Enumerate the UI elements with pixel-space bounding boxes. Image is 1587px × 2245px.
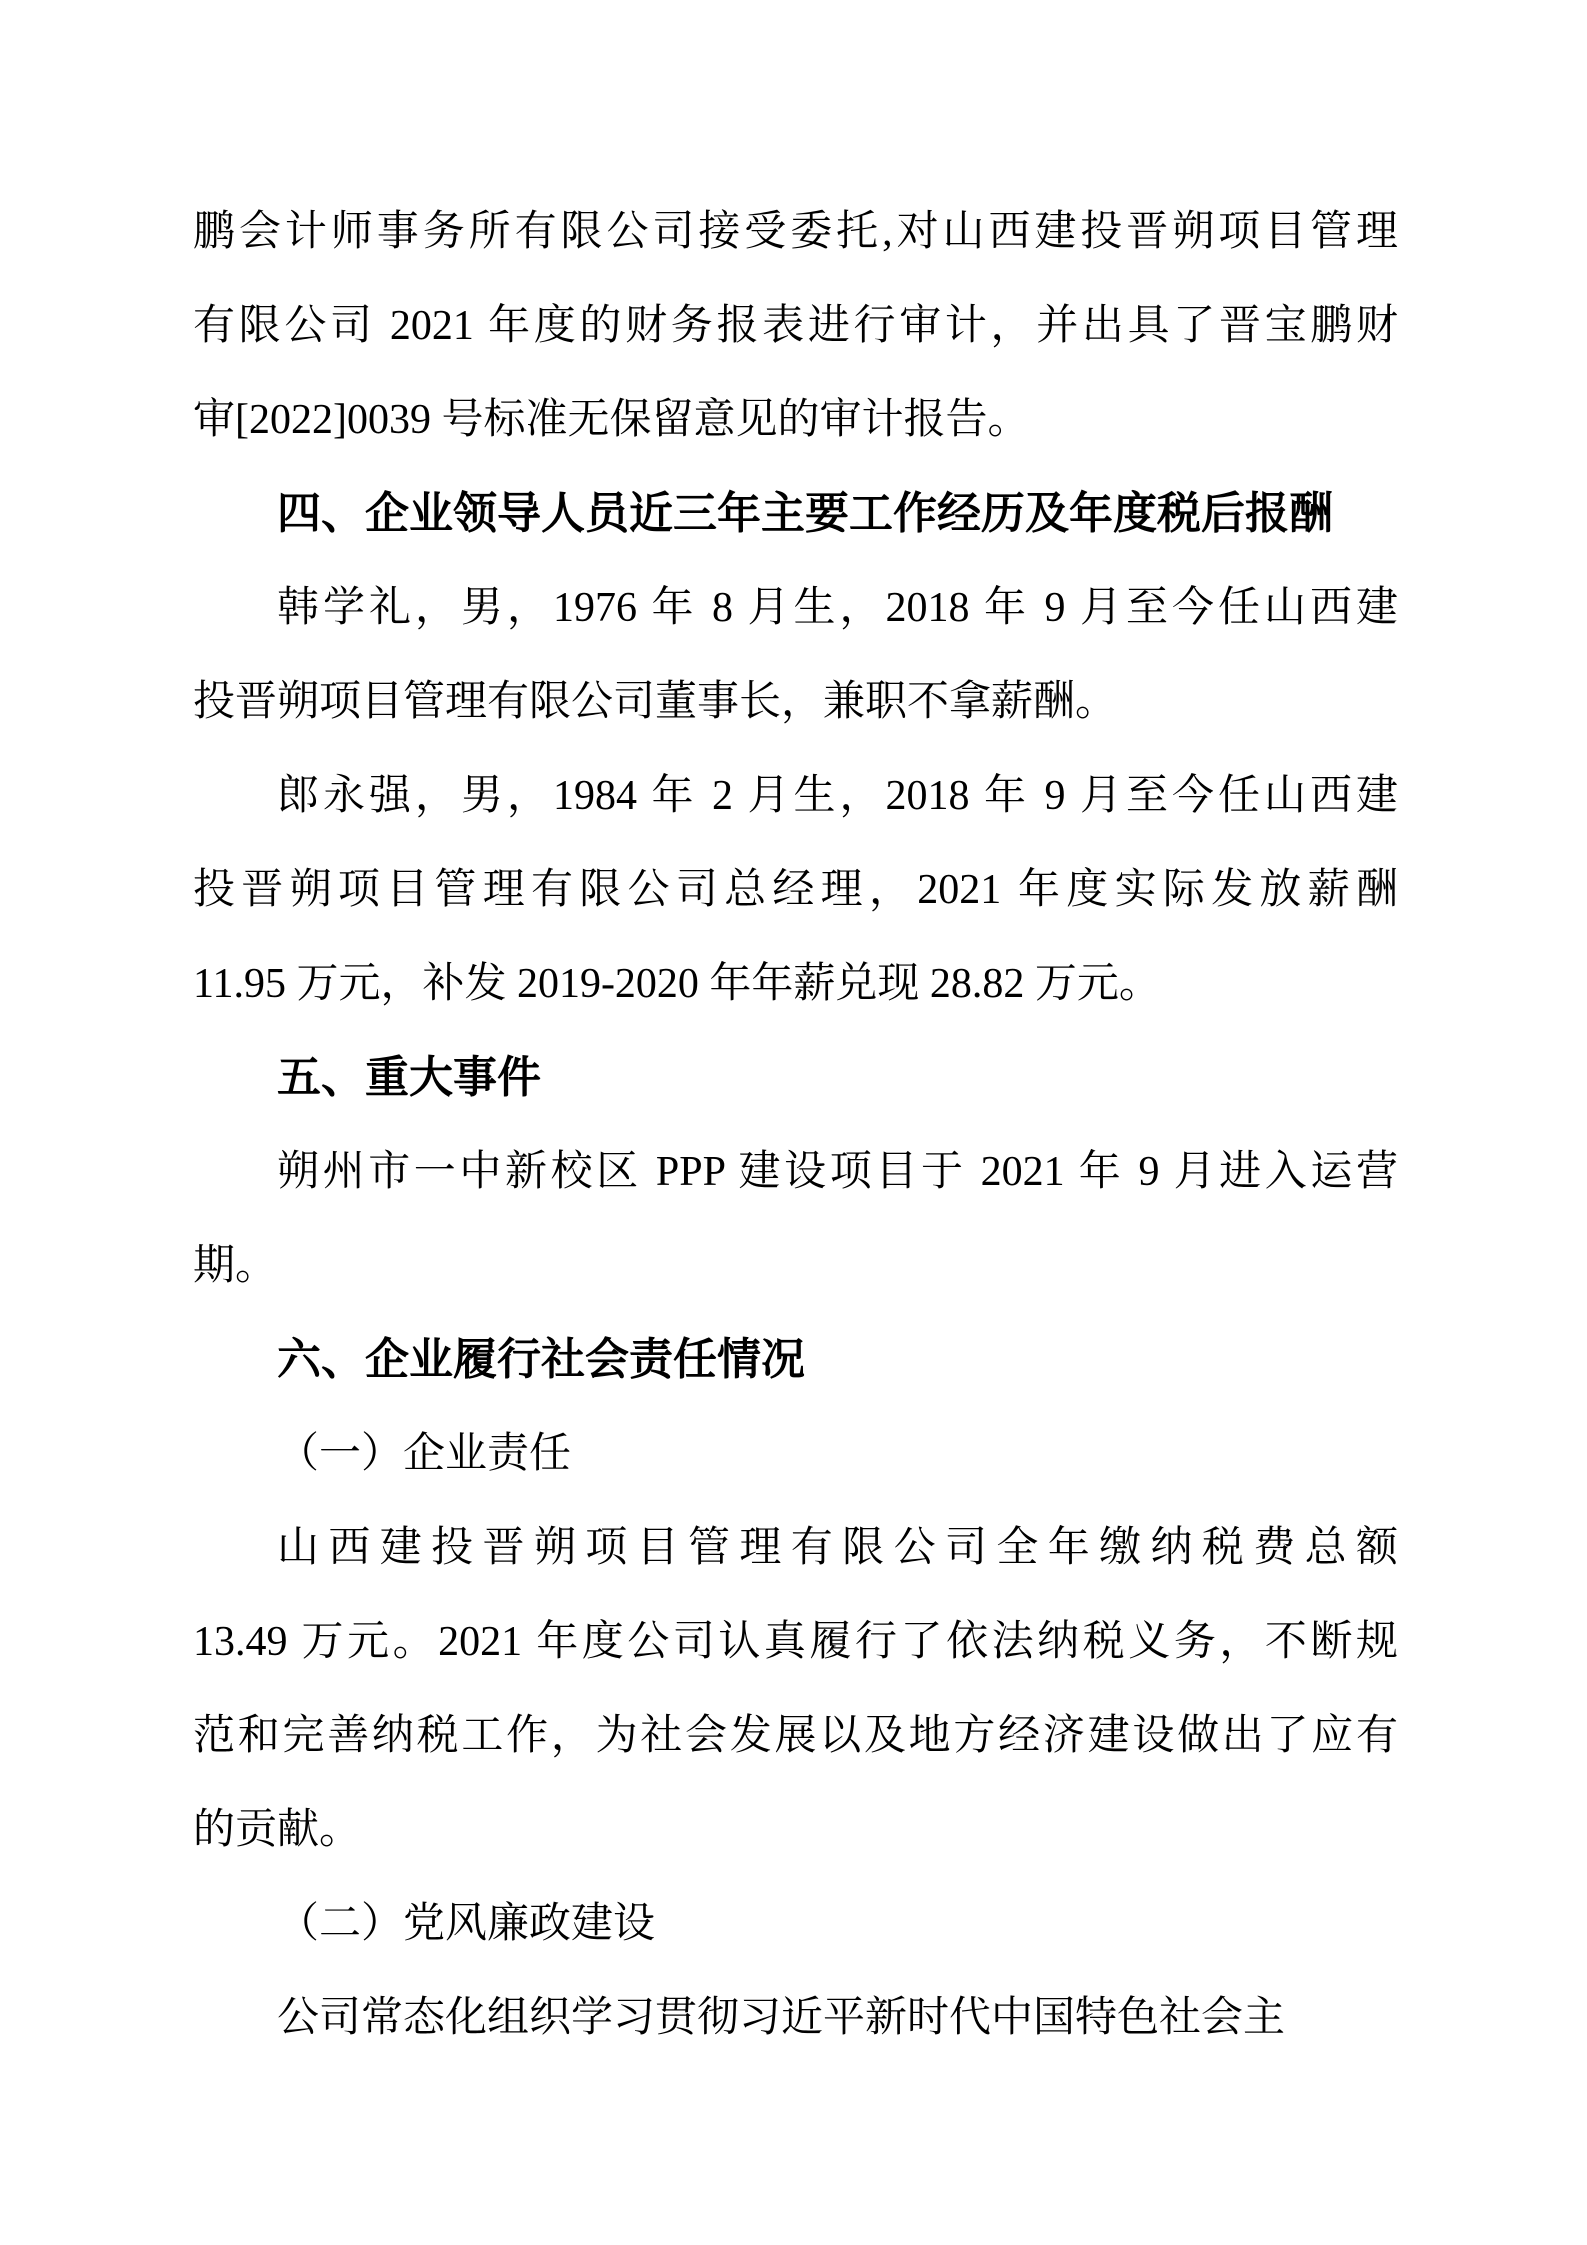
- text-line: 鹏会计师事务所有限公司接受委托,对山西建投晋朔项目管理: [193, 185, 1398, 279]
- text-line: 有限公司 2021 年度的财务报表进行审计，并出具了晋宝鹏财: [193, 279, 1398, 373]
- paragraph: 韩学礼，男，1976 年 8 月生，2018 年 9 月至今任山西建投晋朔项目管…: [193, 561, 1398, 749]
- text-line: 11.95 万元，补发 2019-2020 年年薪兑现 28.82 万元。: [193, 937, 1398, 1031]
- text-line: 投晋朔项目管理有限公司总经理，2021 年度实际发放薪酬: [193, 843, 1398, 937]
- paragraph: 郎永强，男，1984 年 2 月生，2018 年 9 月至今任山西建投晋朔项目管…: [193, 749, 1398, 1031]
- text-line: （一）企业责任: [193, 1407, 1398, 1501]
- text-line: 投晋朔项目管理有限公司董事长，兼职不拿薪酬。: [193, 655, 1398, 749]
- section-heading: 四、企业领导人员近三年主要工作经历及年度税后报酬: [193, 467, 1398, 561]
- text-line: 五、重大事件: [193, 1031, 1398, 1125]
- text-line: 山西建投晋朔项目管理有限公司全年缴纳税费总额: [193, 1501, 1398, 1595]
- paragraph: 公司常态化组织学习贯彻习近平新时代中国特色社会主: [193, 1971, 1398, 2065]
- paragraph: 山西建投晋朔项目管理有限公司全年缴纳税费总额13.49 万元。2021 年度公司…: [193, 1501, 1398, 1877]
- sub-heading: （二）党风廉政建设: [193, 1877, 1398, 1971]
- text-line: 13.49 万元。2021 年度公司认真履行了依法纳税义务，不断规: [193, 1595, 1398, 1689]
- text-line: 郎永强，男，1984 年 2 月生，2018 年 9 月至今任山西建: [193, 749, 1398, 843]
- text-line: （二）党风廉政建设: [193, 1877, 1398, 1971]
- text-line: 四、企业领导人员近三年主要工作经历及年度税后报酬: [193, 467, 1398, 561]
- text-line: 韩学礼，男，1976 年 8 月生，2018 年 9 月至今任山西建: [193, 561, 1398, 655]
- paragraph: 朔州市一中新校区 PPP 建设项目于 2021 年 9 月进入运营期。: [193, 1125, 1398, 1313]
- text-line: 公司常态化组织学习贯彻习近平新时代中国特色社会主: [193, 1971, 1398, 2065]
- document-page: 鹏会计师事务所有限公司接受委托,对山西建投晋朔项目管理有限公司 2021 年度的…: [0, 0, 1587, 2245]
- sub-heading: （一）企业责任: [193, 1407, 1398, 1501]
- text-line: 范和完善纳税工作，为社会发展以及地方经济建设做出了应有: [193, 1689, 1398, 1783]
- section-heading: 五、重大事件: [193, 1031, 1398, 1125]
- text-line: 六、企业履行社会责任情况: [193, 1313, 1398, 1407]
- text-line: 朔州市一中新校区 PPP 建设项目于 2021 年 9 月进入运营: [193, 1125, 1398, 1219]
- text-line: 期。: [193, 1219, 1398, 1313]
- text-line: 审[2022]0039 号标准无保留意见的审计报告。: [193, 373, 1398, 467]
- paragraph: 鹏会计师事务所有限公司接受委托,对山西建投晋朔项目管理有限公司 2021 年度的…: [193, 185, 1398, 467]
- section-heading: 六、企业履行社会责任情况: [193, 1313, 1398, 1407]
- text-line: 的贡献。: [193, 1783, 1398, 1877]
